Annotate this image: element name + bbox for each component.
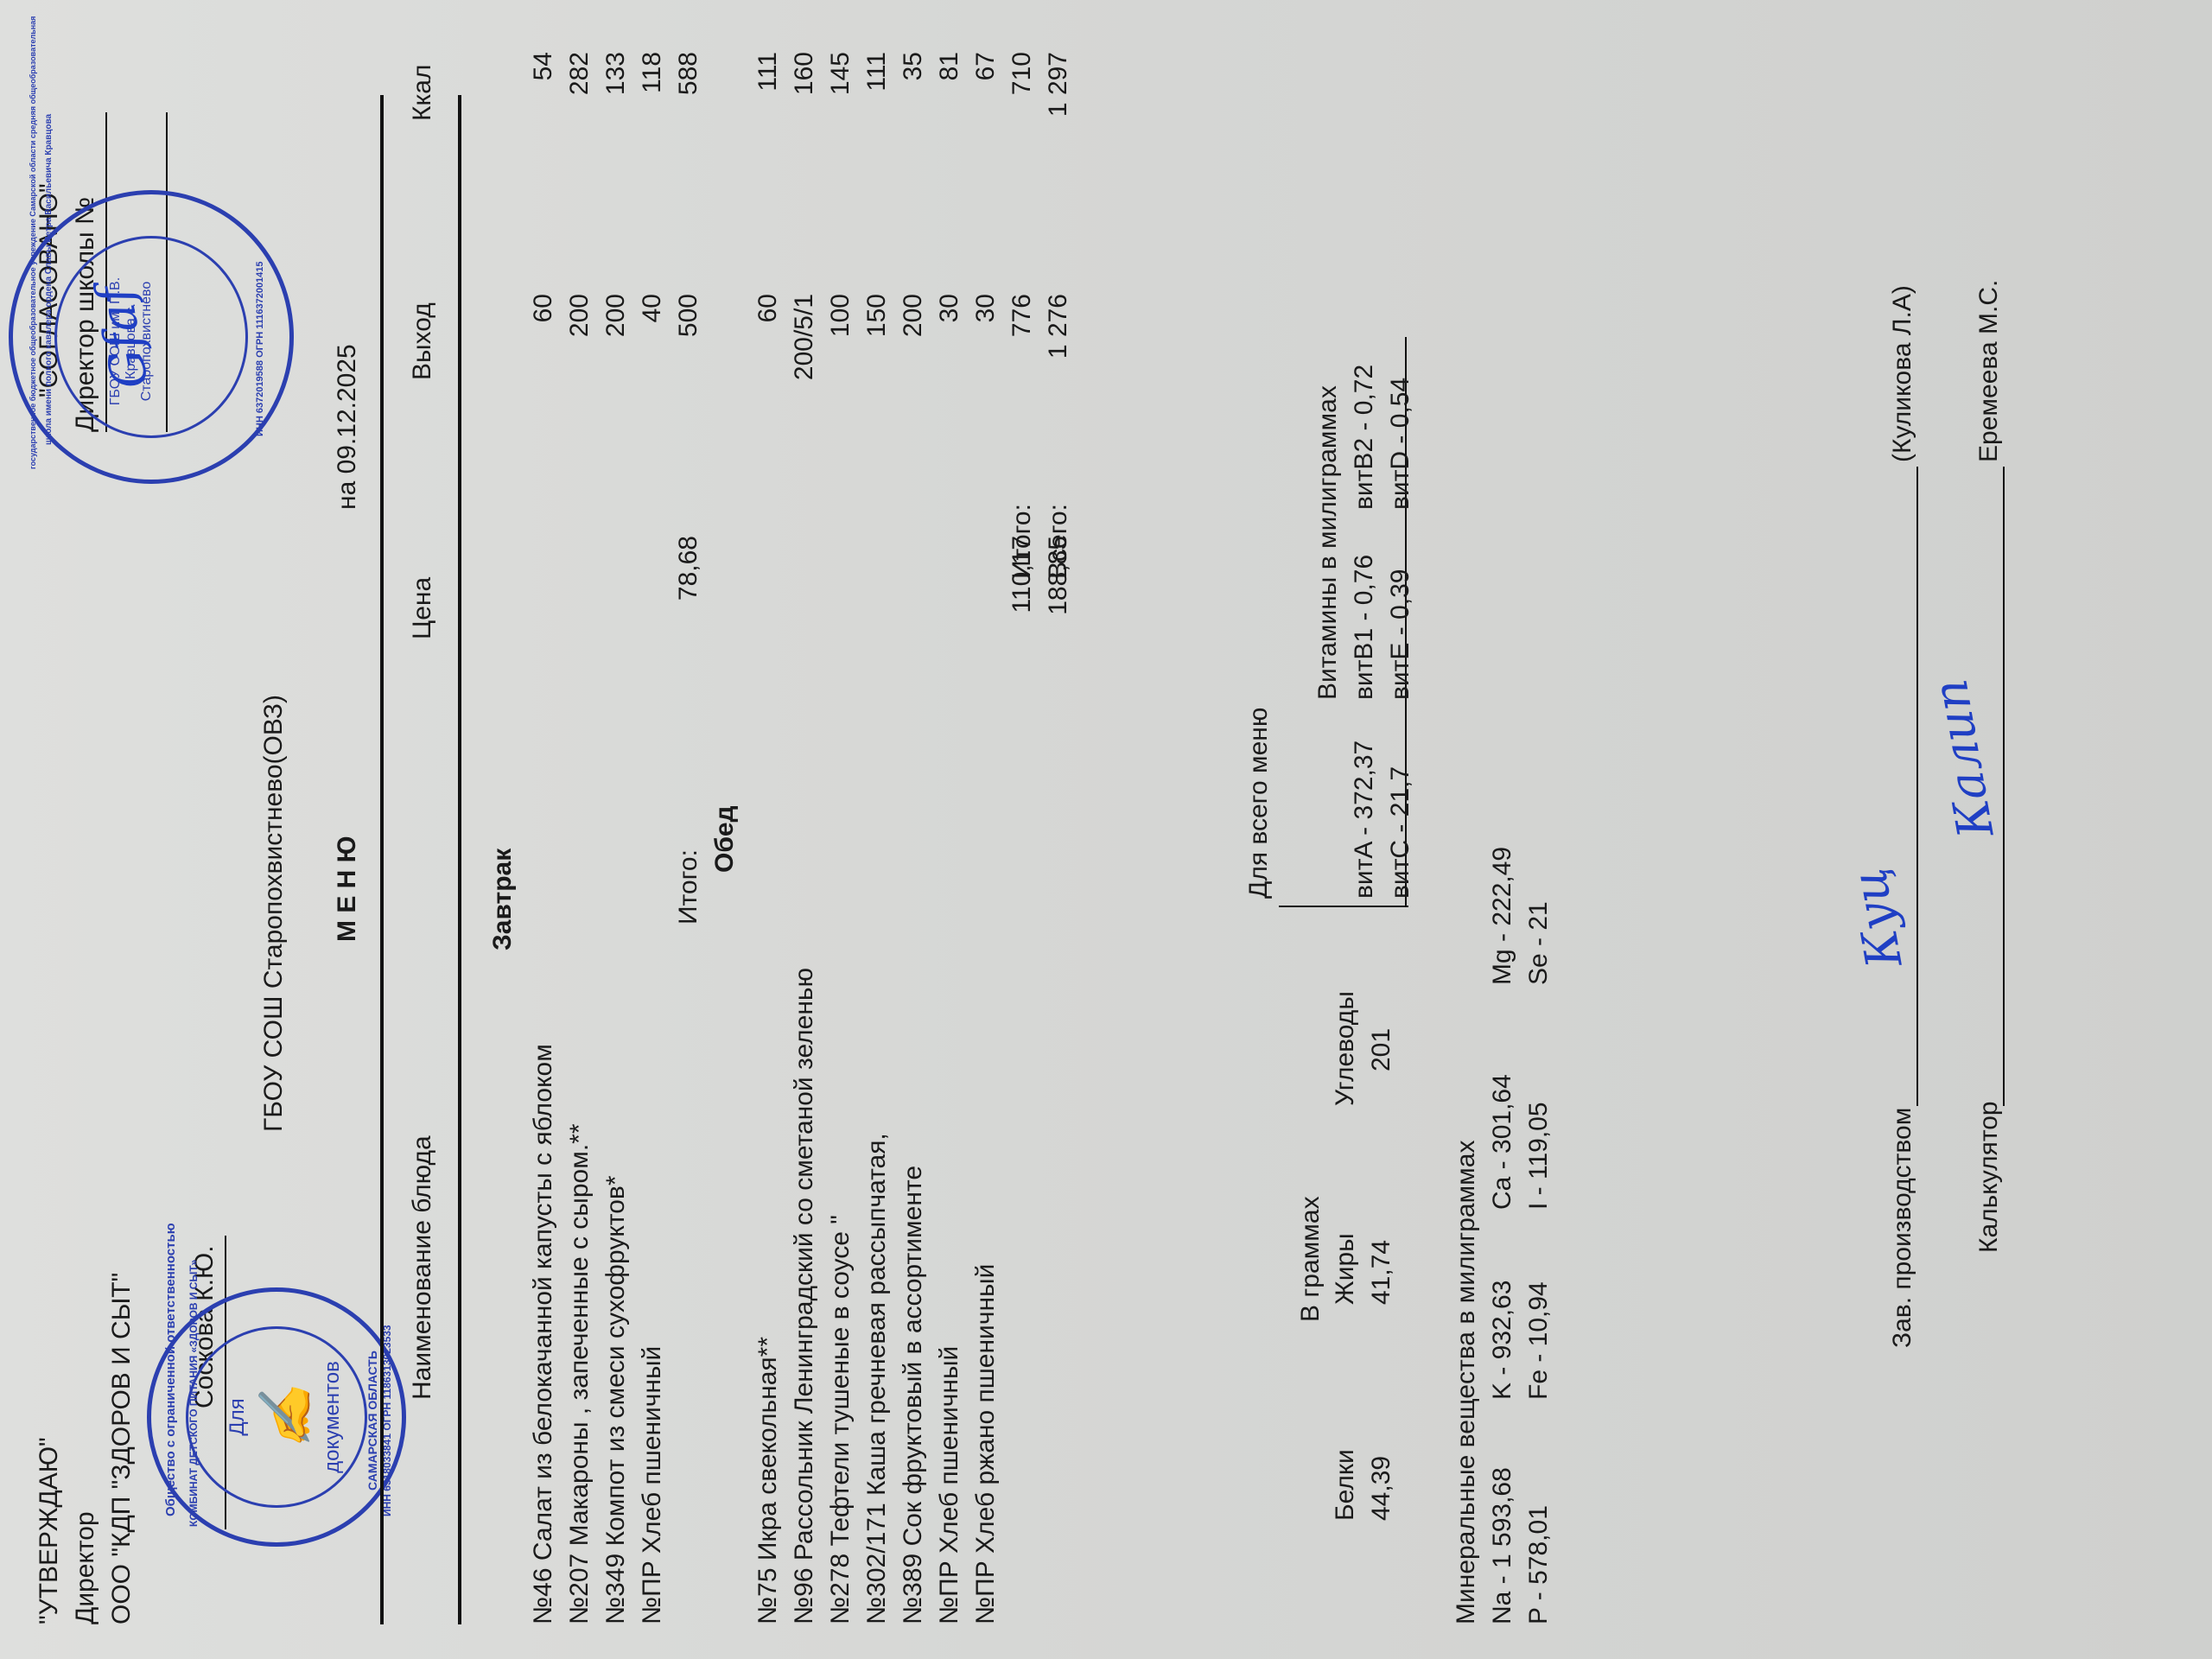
minerals-title: Минеральные вещества в милиграммах [1452,1141,1482,1625]
calculator-signature: Калип [1922,675,2005,842]
col-price: Цена [408,577,438,639]
mineral-k: K - 932,63 [1488,1281,1518,1400]
lunch-total-kcal: 710 [1007,52,1038,95]
production-signature-line [1916,467,1918,1106]
breakfast-total-price: 78,68 [674,536,704,601]
vitamin-e: витE - 0,39 [1386,569,1416,701]
menu-date: на 09.12.2025 [333,344,363,510]
table-row-kcal: 160 [790,52,820,95]
table-row-kcal: 145 [826,52,856,95]
mineral-na: Na - 1 593,68 [1488,1467,1518,1624]
macro-fat-label: Жиры [1331,1233,1361,1305]
macro-carbs-value: 201 [1367,1028,1397,1071]
grand-total-price: 188,85 [1044,536,1074,615]
mineral-mg: Mg - 222,49 [1488,847,1518,985]
table-row-output: 200/5/1 [790,294,820,380]
approve-org: ООО "КДП "ЗДОРОВ И СЫТ" [107,1273,137,1624]
macro-carbs-label: Углеводы [1331,991,1361,1106]
table-row-name: №207 Макароны , запеченные с сыром.** [565,1123,595,1624]
vitamin-a: витA - 372,37 [1350,741,1380,899]
table-row-name: №46 Салат из белокачанной капусты с ябло… [529,1044,559,1624]
col-name: Наименование блюда [408,1135,438,1400]
vitamin-c: витC - 21,7 [1386,766,1416,899]
menu-document: "УТВЕРЖДАЮ" Директор ООО "КДП "ЗДОРОВ И … [0,0,2212,1659]
mineral-ca: Ca - 301,64 [1488,1074,1518,1210]
table-row-output: 30 [971,294,1001,322]
table-row-name: №389 Сок фруктовый в ассортименте [899,1166,929,1624]
mineral-p: P - 578,01 [1524,1505,1554,1624]
table-row-name: №ПР Хлеб пшеничный [935,1346,965,1624]
vitamin-b1: витB1 - 0,76 [1350,555,1380,700]
col-output: Выход [408,302,438,380]
lunch-title: Обед [710,805,741,873]
table-row-output: 200 [565,294,595,337]
menu-title: М Е Н Ю [333,836,363,942]
table-row-output: 30 [935,294,965,322]
production-signature: Куц [1841,864,1914,971]
vitamins-title: Витамины в милиграммах [1313,385,1344,700]
production-name: (Куликова Л.А) [1888,285,1918,462]
table-row-name: №75 Икра свекольная** [753,1337,784,1624]
table-row-kcal: 54 [529,52,559,80]
breakfast-title: Завтрак [488,849,518,950]
macro-protein-value: 44,39 [1367,1456,1397,1521]
table-header-rule [458,95,461,1624]
table-row-name: №ПР Хлеб пшеничный [638,1346,668,1624]
vitamin-b2: витB2 - 0,72 [1350,365,1380,510]
table-row-name: №96 Рассольник Ленинградский со сметаной… [790,968,820,1624]
calculator-name: Еремеева М.С. [1974,280,2005,462]
table-row-kcal: 81 [935,52,965,80]
breakfast-total-label: Итого: [674,849,704,925]
mineral-se: Se - 21 [1524,901,1554,985]
macro-protein-label: Белки [1331,1449,1361,1521]
calculator-signature-line [2003,467,2005,1106]
table-row-output: 100 [826,294,856,337]
table-row-output: 200 [601,294,632,337]
company-stamp: Общество с ограниченной ответственностью… [147,1287,406,1547]
table-row-kcal: 35 [899,52,929,80]
col-kcal: Ккал [408,65,438,121]
mineral-i: I - 119,05 [1524,1102,1554,1210]
breakfast-total-kcal: 588 [674,52,704,95]
nutrition-divider [1279,906,1408,907]
table-row-kcal: 133 [601,52,632,95]
vitamin-d: витD - 0,54 [1386,378,1416,510]
table-row-kcal: 67 [971,52,1001,80]
school-name: ГБОУ СОШ Старопохвистнево(ОВЗ) [259,695,289,1132]
table-row-output: 40 [638,294,668,322]
grand-total-kcal: 1 297 [1044,52,1074,117]
table-row-kcal: 111 [753,52,784,92]
macro-fat-value: 41,74 [1367,1240,1397,1305]
table-row-kcal: 111 [862,52,893,92]
table-row-output: 60 [529,294,559,322]
nutrition-title: Для всего меню [1244,708,1274,899]
table-row-kcal: 118 [638,52,668,93]
table-row-name: №349 Компот из смеси сухофруктов* [601,1176,632,1625]
mineral-fe: Fe - 10,94 [1524,1281,1554,1400]
table-row-kcal: 282 [565,52,595,95]
approve-role: Директор [71,1511,101,1624]
table-row-output: 150 [862,294,893,337]
breakfast-total-output: 500 [674,294,704,337]
table-row-output: 200 [899,294,929,337]
grams-title: В граммах [1296,1196,1326,1322]
table-row-name: №302/171 Каша гречневая рассыпчатая, [862,1133,893,1624]
table-top-rule [380,95,384,1624]
table-row-name: №ПР Хлеб ржано пшеничный [971,1264,1001,1624]
table-row-output: 60 [753,294,784,322]
calculator-label: Калькулятор [1974,1101,2005,1253]
approve-title: "УТВЕРЖДАЮ" [35,1437,65,1624]
table-row-name: №278 Тефтели тушеные в соусе " [826,1215,856,1624]
lunch-total-price: 110,17 [1007,536,1038,613]
lunch-total-output: 776 [1007,294,1038,337]
grand-total-output: 1 276 [1044,294,1074,359]
production-label: Зав. производством [1888,1108,1918,1348]
